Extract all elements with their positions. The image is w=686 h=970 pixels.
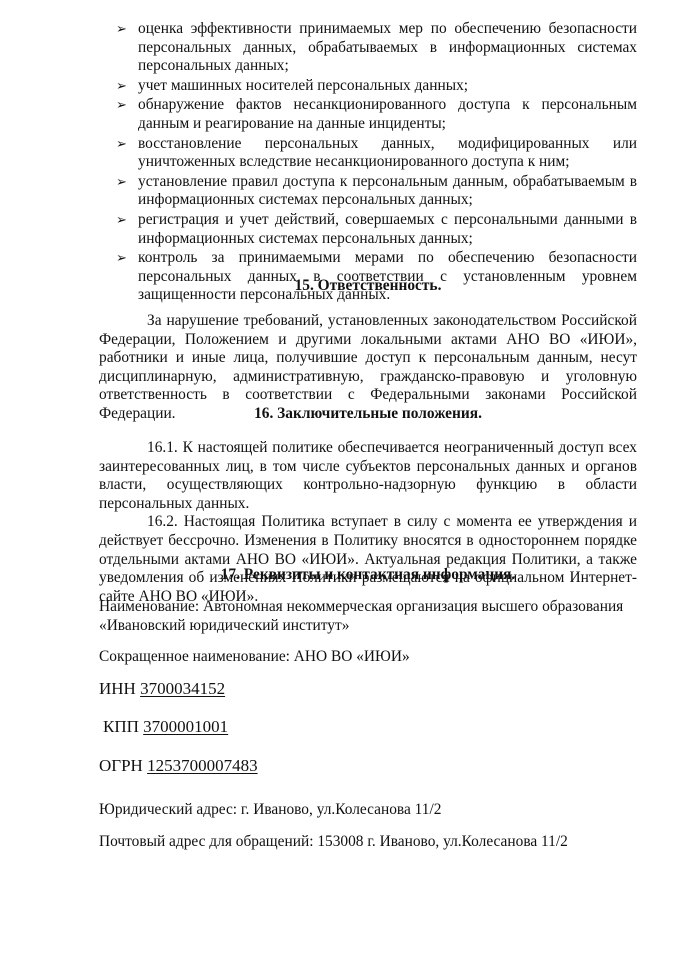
ogrn-value: 1253700007483 bbox=[147, 756, 258, 775]
inn-label: ИНН bbox=[99, 679, 140, 698]
legal-address: Юридический адрес: г. Иваново, ул.Колеса… bbox=[99, 801, 441, 820]
arrow-bullet-icon: ➢ bbox=[116, 135, 127, 154]
inn-row: ИНН 3700034152 bbox=[99, 680, 225, 699]
arrow-bullet-icon: ➢ bbox=[116, 173, 127, 192]
kpp-value: 3700001001 bbox=[143, 717, 228, 736]
section-16-heading: 16. Заключительные положения. bbox=[99, 405, 637, 424]
ogrn-row: ОГРН 1253700007483 bbox=[99, 757, 258, 776]
ogrn-label: ОГРН bbox=[99, 756, 147, 775]
arrow-bullet-icon: ➢ bbox=[116, 211, 127, 230]
kpp-row: КПП 3700001001 bbox=[103, 718, 228, 737]
organization-short-name: Сокращенное наименование: АНО ВО «ИЮИ» bbox=[99, 648, 637, 667]
list-item: ➢восстановление персональных данных, мод… bbox=[99, 135, 637, 172]
clause-16-1: 16.1. К настоящей политике обеспечиваетс… bbox=[99, 439, 637, 513]
section-17-heading: 17. Реквизиты и контактная информация. bbox=[99, 566, 637, 585]
arrow-bullet-icon: ➢ bbox=[116, 77, 127, 96]
list-item: ➢учет машинных носителей персональных да… bbox=[99, 77, 637, 96]
list-item: ➢регистрация и учет действий, совершаемы… bbox=[99, 211, 637, 248]
arrow-bullet-icon: ➢ bbox=[116, 249, 127, 268]
inn-value: 3700034152 bbox=[140, 679, 225, 698]
kpp-label: КПП bbox=[103, 717, 143, 736]
list-item: ➢оценка эффективности принимаемых мер по… bbox=[99, 20, 637, 76]
postal-address: Почтовый адрес для обращений: 153008 г. … bbox=[99, 833, 568, 852]
arrow-bullet-icon: ➢ bbox=[116, 20, 127, 39]
list-item: ➢установление правил доступа к персональ… bbox=[99, 173, 637, 210]
list-item: ➢обнаружение фактов несанкционированного… bbox=[99, 96, 637, 133]
organization-name: Наименование: Автономная некоммерческая … bbox=[99, 598, 637, 635]
security-measures-list: ➢оценка эффективности принимаемых мер по… bbox=[99, 20, 637, 305]
bullet-list-section: ➢оценка эффективности принимаемых мер по… bbox=[99, 20, 637, 306]
arrow-bullet-icon: ➢ bbox=[116, 96, 127, 115]
clause-16-2: 16.2. Настоящая Политика вступает в силу… bbox=[99, 513, 637, 606]
section-15-heading: 15. Ответственность. bbox=[99, 277, 637, 296]
